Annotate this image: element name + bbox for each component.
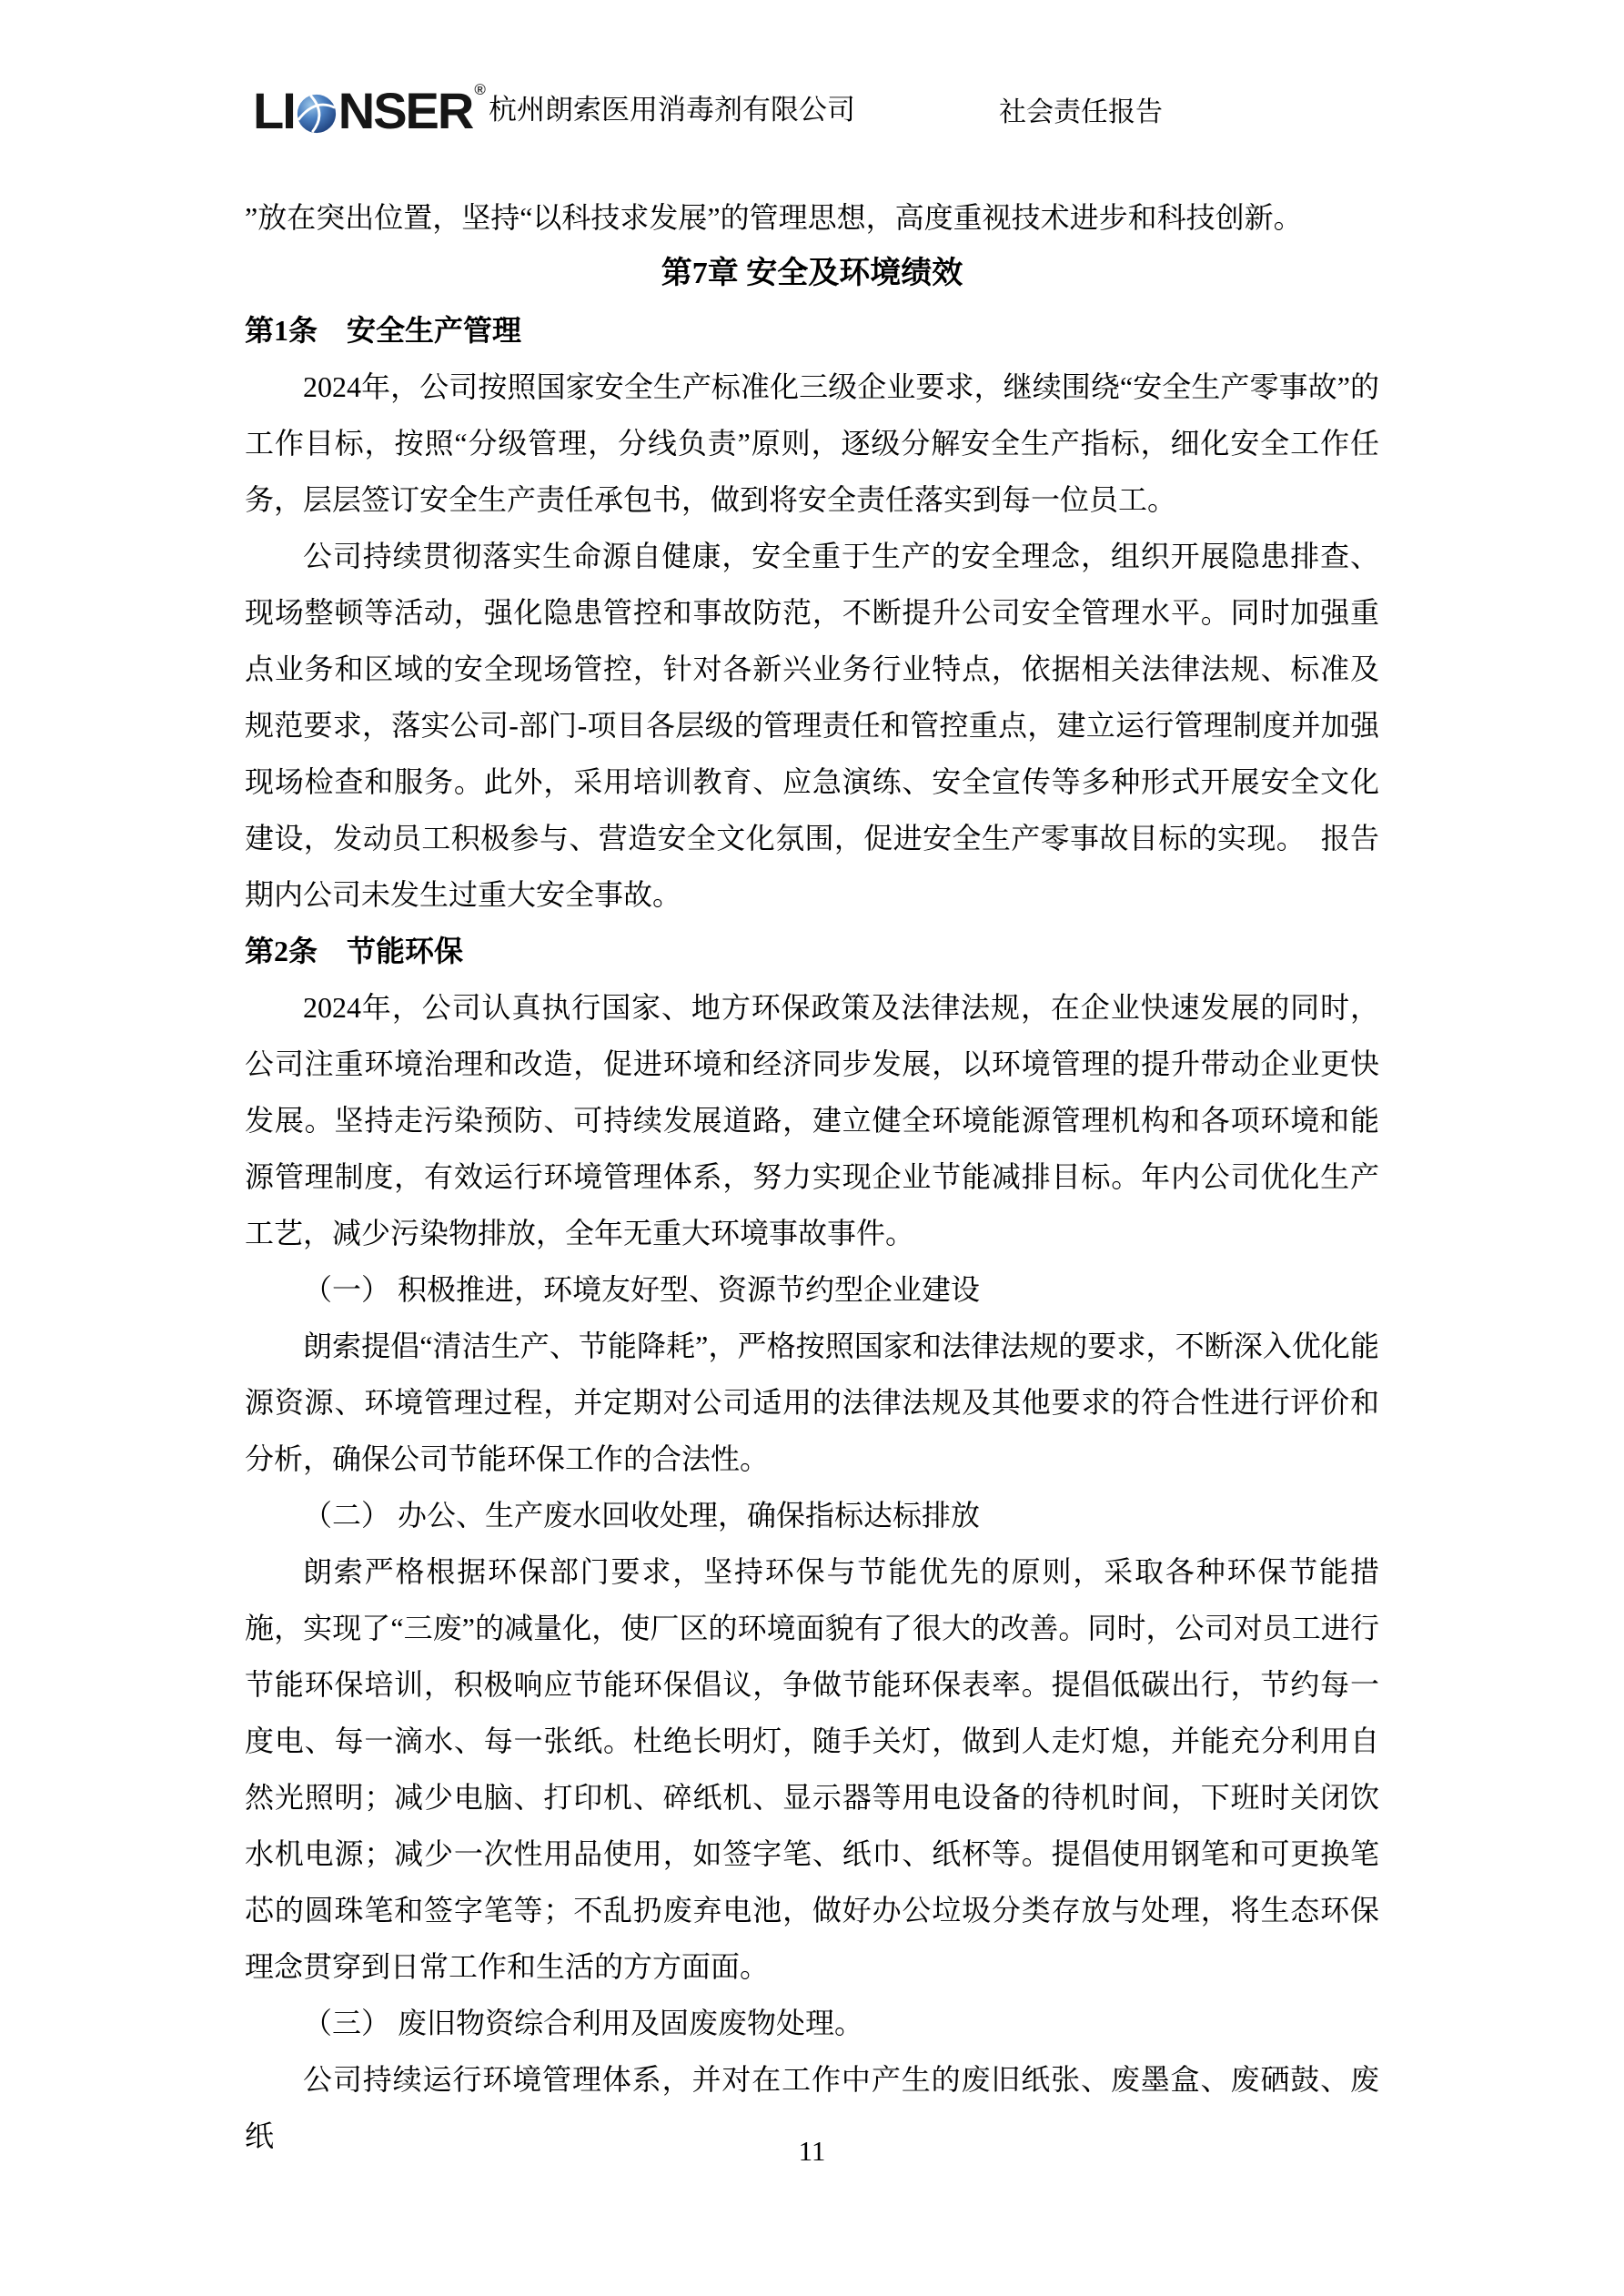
registered-trademark-icon: ® xyxy=(474,82,486,97)
logo-text-nser: NSER xyxy=(338,86,473,137)
page: { "page": { "width": 1785, "height": 252… xyxy=(0,0,1624,2296)
paragraph: 公司持续贯彻落实生命源自健康，安全重于生产的安全理念，组织开展隐患排查、现场整顿… xyxy=(245,528,1379,923)
paragraph: （一） 积极推进，环境友好型、资源节约型企业建设 xyxy=(245,1261,1379,1318)
paragraph: （二） 办公、生产废水回收处理，确保指标达标排放 xyxy=(245,1487,1379,1543)
logo-text-li: LI xyxy=(253,86,295,137)
page-number: 11 xyxy=(799,2135,826,2167)
report-title: 社会责任报告 xyxy=(999,96,1163,129)
section-heading: 第2条 节能环保 xyxy=(245,923,1379,979)
paragraph: ”放在突出位置，坚持“以科技求发展”的管理思想，高度重视技术进步和科技创新。 xyxy=(245,189,1379,246)
company-name: 杭州朗索医用消毒剂有限公司 xyxy=(489,93,855,127)
globe-icon xyxy=(296,92,338,134)
paragraph: （三） 废旧物资综合利用及固废废物处理。 xyxy=(245,1995,1379,2051)
paragraph: 朗索严格根据环保部门要求，坚持环保与节能优先的原则，采取各种环保节能措施，实现了… xyxy=(245,1543,1379,1995)
paragraph: 朗索提倡“清洁生产、节能降耗”，严格按照国家和法律法规的要求，不断深入优化能源资… xyxy=(245,1318,1379,1487)
paragraph: 2024年，公司认真执行国家、地方环保政策及法律法规，在企业快速发展的同时，公司… xyxy=(245,979,1379,1261)
paragraph: 2024年，公司按照国家安全生产标准化三级企业要求，继续围绕“安全生产零事故”的… xyxy=(245,359,1379,528)
page-header: LI NSER ® 杭州朗索医用消毒剂有限公司 社会责任报告 xyxy=(0,0,1624,164)
document-body: ”放在突出位置，坚持“以科技求发展”的管理思想，高度重视技术进步和科技创新。第7… xyxy=(245,189,1379,2164)
chapter-heading: 第7章 安全及环境绩效 xyxy=(245,246,1379,302)
lionser-logo: LI NSER ® xyxy=(253,86,486,137)
section-heading: 第1条 安全生产管理 xyxy=(245,302,1379,359)
page-footer: 11 xyxy=(0,2133,1624,2170)
